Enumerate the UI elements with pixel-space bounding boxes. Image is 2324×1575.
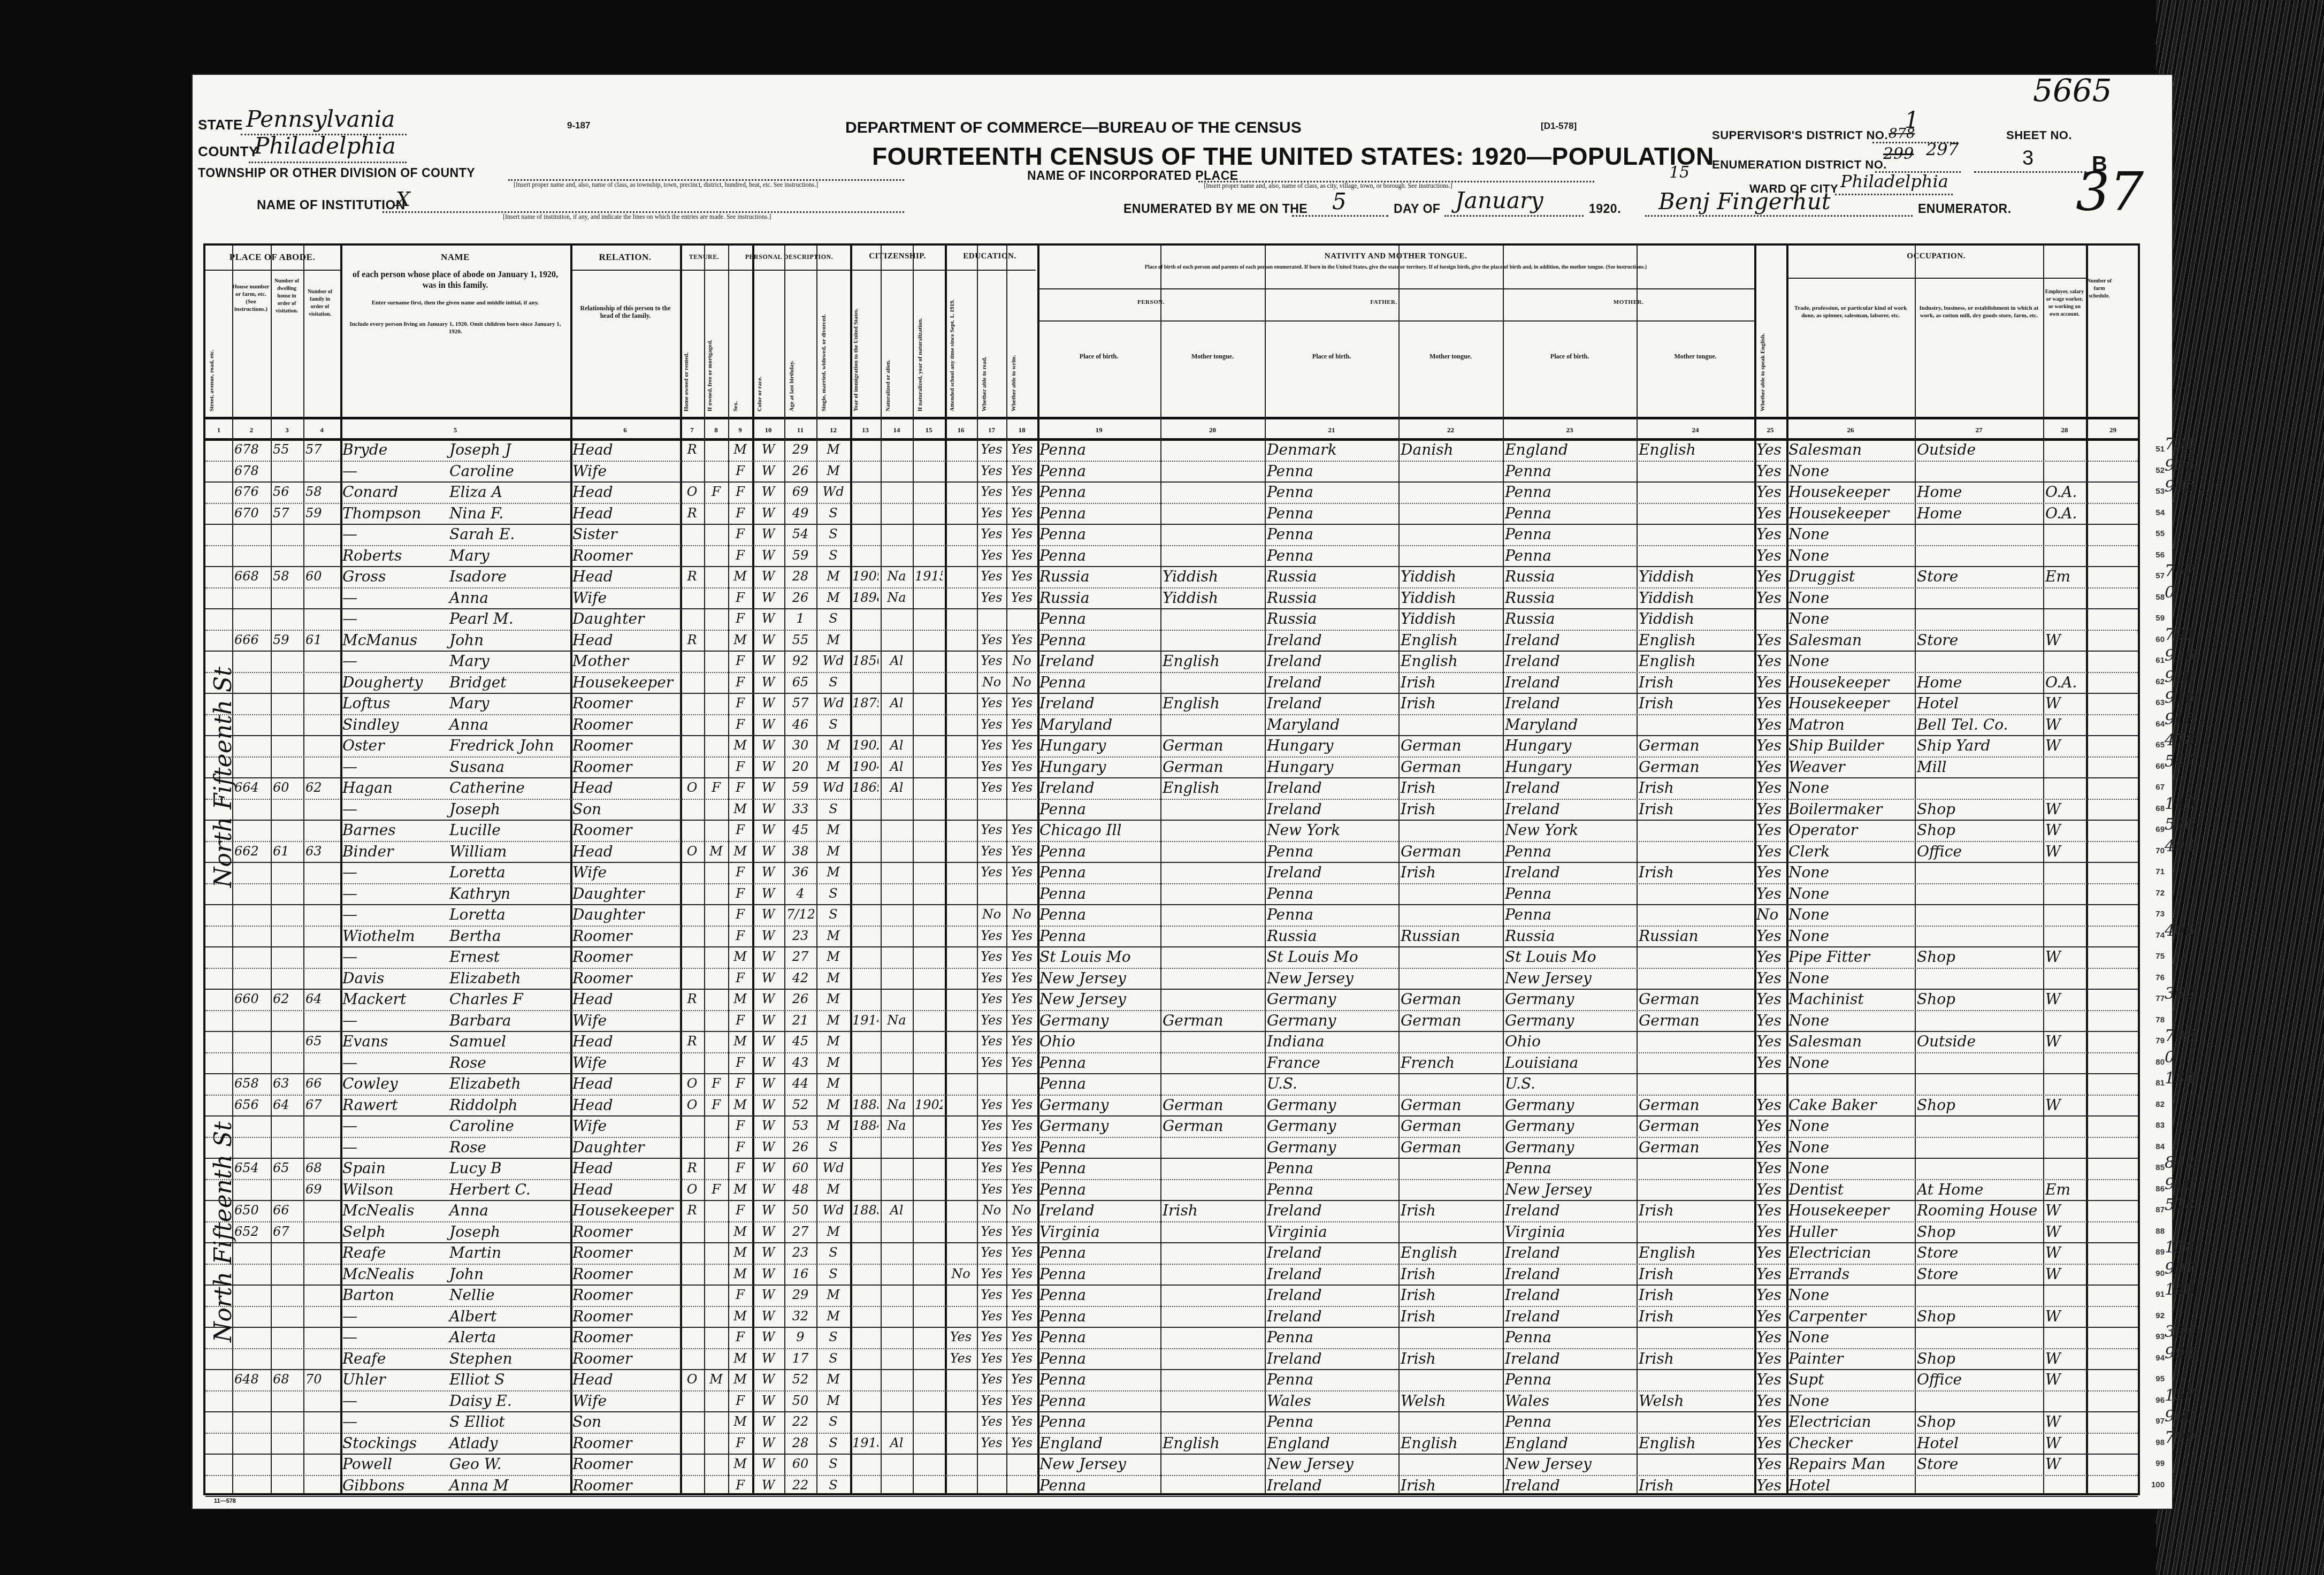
- table-row: LoftusMaryRoomerFW57Wd1879AlYesYesIrelan…: [205, 693, 2138, 714]
- cell-write: Yes: [1008, 631, 1035, 649]
- cell-tongue: German: [1163, 1096, 1263, 1114]
- cell-pob: Penna: [1039, 1370, 1158, 1389]
- cell-house: [234, 800, 269, 819]
- cell-family: [305, 1328, 338, 1347]
- cell-family: [305, 927, 338, 945]
- cell-nat-year: [915, 969, 943, 988]
- person-name: McManusJohn: [342, 631, 568, 649]
- cell-age: 38: [786, 842, 814, 861]
- census-title: FOURTEENTH CENSUS OF THE UNITED STATES: …: [872, 142, 1714, 171]
- cell-immig: [852, 1412, 878, 1431]
- cell-farm: [2088, 947, 2138, 966]
- person-name: WilsonHerbert C.: [342, 1180, 568, 1199]
- cell-industry: Store: [1917, 567, 2041, 586]
- cell-relation: Housekeeper: [572, 673, 678, 692]
- cell-marital: M: [819, 440, 848, 459]
- cell-english: Yes: [1756, 1476, 1784, 1495]
- cell-race: W: [754, 1476, 782, 1495]
- cell-nat: Na: [883, 588, 911, 607]
- cell-house: [234, 1138, 269, 1157]
- cell-house: 666: [234, 631, 269, 649]
- cell-english: Yes: [1756, 778, 1784, 797]
- cell-tongue: [1163, 1307, 1263, 1326]
- cell-pob: Ireland: [1039, 694, 1158, 713]
- cell-sex: F: [730, 1074, 750, 1093]
- cell-immig: [852, 800, 878, 819]
- cell-nat-year: [915, 440, 943, 459]
- institution-note: [Insert name of institution, if any, and…: [503, 213, 771, 221]
- cell-m-pob: Germany: [1505, 1096, 1634, 1114]
- column-number: 15: [913, 426, 945, 434]
- cell-immig: [852, 1328, 878, 1347]
- cell-tongue: [1163, 863, 1263, 882]
- cell-write: [1008, 1455, 1035, 1473]
- cell-trade: Painter: [1788, 1349, 1913, 1368]
- cell-dwelling: [273, 1434, 301, 1452]
- cell-trade: None: [1788, 462, 1913, 480]
- cell-f-tongue: [1401, 1412, 1501, 1431]
- cell-mortgage: [706, 1391, 726, 1410]
- cell-pob: Penna: [1039, 1053, 1158, 1072]
- cell-sex: F: [730, 673, 750, 692]
- cell-immig: 1914: [852, 1011, 878, 1030]
- enumeration-value: 297: [1926, 139, 1959, 159]
- margin-annotation: 394: [2165, 1322, 2195, 1341]
- cell-family: [305, 1349, 338, 1368]
- cell-pob: Penna: [1039, 609, 1158, 628]
- cell-f-pob: Penna: [1267, 1412, 1396, 1431]
- cell-race: W: [754, 1074, 782, 1093]
- cell-owned: [682, 884, 702, 903]
- cell-m-tongue: [1639, 483, 1752, 501]
- cell-nat-year: [915, 1159, 943, 1178]
- cell-house: [234, 758, 269, 776]
- cell-race: W: [754, 694, 782, 713]
- cell-f-tongue: Irish: [1401, 1307, 1501, 1326]
- cell-marital: Wd: [819, 778, 848, 797]
- cell-sex: F: [730, 1117, 750, 1135]
- cell-age: 26: [786, 462, 814, 480]
- cell-m-tongue: Welsh: [1639, 1391, 1752, 1410]
- cell-tongue: [1163, 990, 1263, 1008]
- cell-tongue: [1163, 842, 1263, 861]
- cell-m-tongue: Irish: [1639, 1201, 1752, 1220]
- cell-family: [305, 969, 338, 988]
- cell-nat: Na: [883, 1117, 911, 1135]
- cell-school: [947, 1201, 975, 1220]
- cell-read: Yes: [979, 1349, 1004, 1368]
- cell-sex: M: [730, 736, 750, 755]
- cell-pob: Penna: [1039, 1074, 1158, 1093]
- cell-english: [1756, 609, 1784, 628]
- cell-trade: None: [1788, 1053, 1913, 1072]
- surname: Rawert: [342, 1096, 449, 1114]
- cell-immig: [852, 546, 878, 565]
- cell-race: W: [754, 800, 782, 819]
- cell-f-pob: Penna: [1267, 1180, 1396, 1199]
- cell-mortgage: [706, 1117, 726, 1135]
- cell-pob: Penna: [1039, 631, 1158, 649]
- cell-english: Yes: [1756, 758, 1784, 776]
- cell-nat: [883, 969, 911, 988]
- cell-f-tongue: German: [1401, 842, 1501, 861]
- cell-race: W: [754, 1201, 782, 1220]
- cell-mortgage: [706, 1455, 726, 1473]
- cell-english: No: [1756, 905, 1784, 924]
- line-number: 92: [2143, 1311, 2165, 1320]
- cell-family: 68: [305, 1159, 338, 1178]
- cell-f-tongue: Russian: [1401, 927, 1501, 945]
- cell-school: [947, 1222, 975, 1241]
- cell-nat-year: [915, 1222, 943, 1241]
- cell-family: [305, 1201, 338, 1220]
- cell-nat-year: [915, 673, 943, 692]
- cell-read: Yes: [979, 1180, 1004, 1199]
- cell-school: [947, 462, 975, 480]
- cell-write: No: [1008, 1201, 1035, 1220]
- cell-pob: Ohio: [1039, 1032, 1158, 1051]
- cell-english: Yes: [1756, 1455, 1784, 1473]
- cell-age: 28: [786, 1434, 814, 1452]
- cell-relation: Housekeeper: [572, 1201, 678, 1220]
- cell-write: Yes: [1008, 1011, 1035, 1030]
- cell-write: Yes: [1008, 969, 1035, 988]
- cell-tongue: [1163, 504, 1263, 523]
- person-name: HaganCatherine: [342, 778, 568, 797]
- cell-marital: M: [819, 990, 848, 1008]
- cell-relation: Daughter: [572, 1138, 678, 1157]
- day-of-label: DAY OF: [1394, 202, 1440, 216]
- cell-pob: Penna: [1039, 927, 1158, 945]
- cell-tongue: [1163, 1349, 1263, 1368]
- cell-dwelling: 57: [273, 504, 301, 523]
- cell-nat-year: [915, 1180, 943, 1199]
- cell-dwelling: [273, 947, 301, 966]
- cell-marital: M: [819, 1053, 848, 1072]
- cell-industry: [1917, 778, 2041, 797]
- enumerated-year: 1920.: [1589, 202, 1621, 216]
- cell-pob: Russia: [1039, 588, 1158, 607]
- cell-mortgage: [706, 440, 726, 459]
- cell-immig: [852, 821, 878, 839]
- cell-mortgage: [706, 758, 726, 776]
- cell-immig: [852, 1265, 878, 1283]
- cell-farm: [2088, 1243, 2138, 1262]
- cell-house: 670: [234, 504, 269, 523]
- cell-f-tongue: English: [1401, 631, 1501, 649]
- cell-pob: Penna: [1039, 1286, 1158, 1304]
- line-number: 59: [2143, 614, 2165, 623]
- person-name: BarnesLucille: [342, 821, 568, 839]
- header-num-top-line: [205, 417, 2138, 419]
- cell-class: W: [2045, 1201, 2084, 1220]
- cell-house: [234, 694, 269, 713]
- cell-english: Yes: [1756, 1117, 1784, 1135]
- cell-owned: R: [682, 631, 702, 649]
- cell-tongue: [1163, 1391, 1263, 1410]
- cell-sex: F: [730, 884, 750, 903]
- cell-class: W: [2045, 1243, 2084, 1262]
- cell-m-tongue: German: [1639, 758, 1752, 776]
- cell-age: 23: [786, 927, 814, 945]
- cell-industry: [1917, 1138, 2041, 1157]
- cell-read: No: [979, 905, 1004, 924]
- column-number: 14: [881, 426, 913, 434]
- col9-header: Sex.: [732, 278, 739, 411]
- cell-m-pob: Penna: [1505, 884, 1634, 903]
- cell-read: Yes: [979, 588, 1004, 607]
- cell-nat: [883, 1328, 911, 1347]
- cell-farm: [2088, 1286, 2138, 1304]
- line-number: 52: [2143, 466, 2165, 475]
- cell-school: [947, 483, 975, 501]
- cell-immig: [852, 525, 878, 544]
- cell-m-tongue: Yiddish: [1639, 609, 1752, 628]
- person-name: —Caroline: [342, 462, 568, 480]
- cell-owned: R: [682, 990, 702, 1008]
- cell-dwelling: 65: [273, 1159, 301, 1178]
- line-number: 78: [2143, 1015, 2165, 1024]
- cell-english: Yes: [1756, 927, 1784, 945]
- cell-trade: Electrician: [1788, 1412, 1913, 1431]
- stamp-number: 5665: [2033, 72, 2112, 109]
- cell-house: 678: [234, 462, 269, 480]
- cell-f-tongue: [1401, 1455, 1501, 1473]
- cell-class: [2045, 1328, 2084, 1347]
- cell-f-tongue: [1401, 1074, 1501, 1093]
- cell-owned: [682, 1328, 702, 1347]
- line-number: 89: [2143, 1248, 2165, 1257]
- cell-marital: Wd: [819, 652, 848, 670]
- cell-relation: Roomer: [572, 927, 678, 945]
- cell-tongue: [1163, 440, 1263, 459]
- column-number: 17: [977, 426, 1006, 434]
- cell-mortgage: [706, 821, 726, 839]
- cell-class: W: [2045, 1349, 2084, 1368]
- table-row: SindleyAnnaRoomerFW46SYesYesMarylandMary…: [205, 714, 2138, 735]
- col7-header: Home owned or rented.: [683, 278, 690, 411]
- cell-nat: [883, 504, 911, 523]
- cell-f-tongue: Irish: [1401, 673, 1501, 692]
- cell-relation: Head: [572, 1096, 678, 1114]
- given-name: Fredrick John: [449, 737, 554, 754]
- table-row: —MaryMotherFW92Wd1856AlYesNoIrelandEngli…: [205, 651, 2138, 671]
- table-row: 6765658ConardEliza AHeadOFFW69WdYesYesPe…: [205, 481, 2138, 502]
- cell-nat-year: [915, 1286, 943, 1304]
- cell-nat: [883, 631, 911, 649]
- cell-school: [947, 1476, 975, 1495]
- surname: —: [342, 1391, 449, 1410]
- cell-marital: S: [819, 715, 848, 734]
- cell-house: 648: [234, 1370, 269, 1389]
- cell-pob: England: [1039, 1434, 1158, 1452]
- cell-family: [305, 673, 338, 692]
- cell-owned: R: [682, 440, 702, 459]
- cell-read: Yes: [979, 1011, 1004, 1030]
- cell-farm: [2088, 1053, 2138, 1072]
- cell-owned: O: [682, 778, 702, 797]
- column-number: 27: [1915, 426, 2043, 434]
- cell-house: [234, 1265, 269, 1283]
- cell-pob: Penna: [1039, 462, 1158, 480]
- cell-mortgage: [706, 1011, 726, 1030]
- cell-house: 658: [234, 1074, 269, 1093]
- cell-farm: [2088, 884, 2138, 903]
- cell-school: [947, 1370, 975, 1389]
- cell-english: Yes: [1756, 1243, 1784, 1262]
- cell-school: [947, 1074, 975, 1093]
- cell-race: W: [754, 525, 782, 544]
- cell-m-tongue: [1639, 1159, 1752, 1178]
- cell-industry: [1917, 1074, 2041, 1093]
- enumeration-label: ENUMERATION DISTRICT NO.: [1712, 158, 1887, 172]
- cell-nat: [883, 715, 911, 734]
- table-row: DavisElizabethRoomerFW42MYesYesNew Jerse…: [205, 968, 2138, 989]
- cell-f-pob: Russia: [1267, 588, 1396, 607]
- margin-annotation: 997: [2165, 1259, 2195, 1278]
- cell-class: O.A.: [2045, 504, 2084, 523]
- nativity-person: PERSON.: [1037, 299, 1265, 305]
- cell-nat: [883, 842, 911, 861]
- cell-tongue: [1163, 1032, 1263, 1051]
- cell-dwelling: [273, 884, 301, 903]
- cell-m-tongue: [1639, 1222, 1752, 1241]
- cell-house: 654: [234, 1159, 269, 1178]
- cell-pob: New Jersey: [1039, 990, 1158, 1008]
- cell-age: 7/12: [786, 905, 814, 924]
- name-description: of each person whose place of abode on J…: [346, 270, 565, 291]
- cell-industry: [1917, 462, 2041, 480]
- cell-owned: O: [682, 1370, 702, 1389]
- cell-immig: 1898: [852, 588, 878, 607]
- person-name: —Rose: [342, 1138, 568, 1157]
- cell-write: Yes: [1008, 736, 1035, 755]
- cell-nat-year: [915, 863, 943, 882]
- col11-header: Age at last birthday.: [789, 278, 795, 411]
- cell-trade: Clerk: [1788, 842, 1913, 861]
- cell-industry: Ship Yard: [1917, 736, 2041, 755]
- cell-school: [947, 1434, 975, 1452]
- given-name: Pearl M.: [449, 610, 514, 628]
- cell-school: [947, 525, 975, 544]
- cell-owned: [682, 462, 702, 480]
- line-number: 66: [2143, 762, 2165, 771]
- cell-read: Yes: [979, 631, 1004, 649]
- cell-write: Yes: [1008, 1180, 1035, 1199]
- cell-mortgage: [706, 927, 726, 945]
- cell-industry: Outside: [1917, 440, 2041, 459]
- column-number: 22: [1398, 426, 1503, 434]
- cell-nat-year: [915, 1434, 943, 1452]
- table-row: BartonNellieRoomerFW29MYesYesPennaIrelan…: [205, 1285, 2138, 1305]
- cell-m-tongue: Irish: [1639, 863, 1752, 882]
- cell-m-tongue: [1639, 1412, 1752, 1431]
- cell-trade: Errands: [1788, 1265, 1913, 1283]
- cell-class: [2045, 863, 2084, 882]
- cell-relation: Roomer: [572, 821, 678, 839]
- cell-read: Yes: [979, 927, 1004, 945]
- cell-m-pob: Germany: [1505, 990, 1634, 1008]
- col15-header: If naturalized, year of naturalization.: [917, 278, 923, 411]
- cell-house: [234, 736, 269, 755]
- cell-read: Yes: [979, 969, 1004, 988]
- cell-nat: [883, 440, 911, 459]
- table-row: —ErnestRoomerMW27MYesYesSt Louis MoSt Lo…: [205, 946, 2138, 967]
- table-row: 6685860GrossIsadoreHeadRMW28M1909Na1915Y…: [205, 566, 2138, 587]
- person-name: —Ernest: [342, 947, 568, 966]
- given-name: Rose: [449, 1138, 486, 1156]
- cell-nat: [883, 1391, 911, 1410]
- cell-f-pob: New York: [1267, 821, 1396, 839]
- cell-race: W: [754, 990, 782, 1008]
- margin-annotation: 0: [2165, 1048, 2175, 1067]
- cell-english: Yes: [1756, 1201, 1784, 1220]
- person-name: ReafeMartin: [342, 1243, 568, 1262]
- person-pob-header: Place of birth.: [1037, 353, 1160, 360]
- cell-class: [2045, 588, 2084, 607]
- cell-class: [2045, 1011, 2084, 1030]
- cell-dwelling: 61: [273, 842, 301, 861]
- line-number: 75: [2143, 952, 2165, 961]
- given-name: Joseph: [449, 1223, 500, 1241]
- cell-family: [305, 1307, 338, 1326]
- cell-write: Yes: [1008, 1159, 1035, 1178]
- cell-marital: S: [819, 673, 848, 692]
- cell-nat-year: [915, 947, 943, 966]
- cell-immig: [852, 1349, 878, 1368]
- cell-race: W: [754, 1455, 782, 1473]
- cell-f-pob: Wales: [1267, 1391, 1396, 1410]
- cell-owned: [682, 1243, 702, 1262]
- cell-f-pob: Germany: [1267, 990, 1396, 1008]
- cell-read: Yes: [979, 567, 1004, 586]
- cell-age: 28: [786, 567, 814, 586]
- cell-nat-year: [915, 504, 943, 523]
- cell-nat-year: [915, 884, 943, 903]
- col17-header: Whether able to read.: [981, 278, 988, 411]
- cell-english: Yes: [1756, 863, 1784, 882]
- cell-mortgage: [706, 990, 726, 1008]
- cell-sex: F: [730, 525, 750, 544]
- cell-family: 61: [305, 631, 338, 649]
- cell-owned: O: [682, 483, 702, 501]
- cell-m-pob: Penna: [1505, 1328, 1634, 1347]
- cell-tongue: German: [1163, 736, 1263, 755]
- cell-sex: F: [730, 504, 750, 523]
- cell-nat: Na: [883, 567, 911, 586]
- cell-mortgage: [706, 863, 726, 882]
- cell-nat: [883, 1286, 911, 1304]
- cell-english: Yes: [1756, 1096, 1784, 1114]
- relation-divider: [570, 270, 680, 271]
- cell-nat: [883, 1159, 911, 1178]
- cell-m-tongue: Irish: [1639, 1265, 1752, 1283]
- cell-m-tongue: Irish: [1639, 778, 1752, 797]
- cell-owned: [682, 1011, 702, 1030]
- cell-nat-year: [915, 1307, 943, 1326]
- cell-dwelling: [273, 1328, 301, 1347]
- cell-family: [305, 1138, 338, 1157]
- cell-farm: [2088, 1074, 2138, 1093]
- cell-school: [947, 609, 975, 628]
- cell-nat: [883, 1032, 911, 1051]
- person-name: MackertCharles F: [342, 990, 568, 1008]
- cell-mortgage: [706, 1328, 726, 1347]
- cell-english: Yes: [1756, 1159, 1784, 1178]
- cell-nat: [883, 800, 911, 819]
- cell-m-pob: Penna: [1505, 905, 1634, 924]
- cell-trade: None: [1788, 609, 1913, 628]
